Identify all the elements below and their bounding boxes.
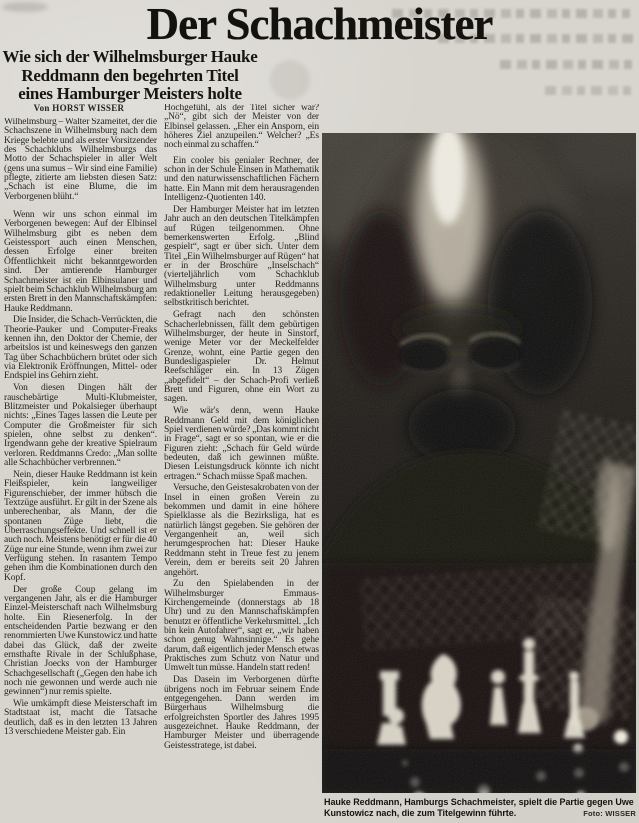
article-paragraph: Das Dasein im Verborgenen dürfte übrigen…	[164, 676, 319, 751]
article-photo	[322, 133, 636, 793]
article-paragraph: Die Insider, die Schach-Verrückten, die …	[4, 316, 157, 381]
bleedthrough-text	[500, 60, 633, 69]
article-column-2: Hochgefühl, als der Titel sicher war? „N…	[164, 104, 319, 821]
photo-credit: Foto: WISSER	[583, 808, 636, 819]
article-subheadline: Wie sich der Wilhelmsburger Hauke Reddma…	[0, 48, 260, 104]
article-byline: Von HORST WISSER	[2, 103, 156, 113]
photo-caption: Hauke Reddmann, Hamburgs Schachmeister, …	[324, 797, 637, 819]
article-paragraph: Zu den Spielabenden in der Wilhelmsburge…	[164, 580, 319, 673]
bleedthrough-text	[545, 86, 633, 95]
article-headline: Der Schachmeister	[0, 1, 639, 48]
article-paragraph: Gefragt nach den schönsten Schacherlebni…	[164, 311, 319, 404]
newspaper-page: Der Schachmeister Wie sich der Wilhelmsb…	[0, 0, 639, 823]
article-paragraph: Nein, dieser Hauke Reddmann ist kein Fle…	[4, 471, 157, 583]
article-paragraph: Wenn wir uns schon einmal im Verborgenen…	[4, 211, 157, 314]
article-paragraph: Hochgefühl, als der Titel sicher war? „N…	[164, 104, 319, 151]
article-paragraph: Versuche, den Geistesakrobaten von der I…	[164, 484, 319, 577]
chess-player-photo-illustration	[322, 133, 636, 793]
article-paragraph: Der Hamburger Meister hat im letzten Jah…	[164, 206, 319, 309]
article-paragraph: Wie umkämpft diese Meisterschaft im Stad…	[4, 700, 157, 737]
subheadline-line: Reddmann den begehrten Titel	[0, 67, 260, 86]
article-paragraph: Wie wär's denn, wenn Hauke Reddmann Geld…	[164, 407, 319, 482]
article-paragraph: Der große Coup gelang im vergangenen Jah…	[4, 586, 157, 698]
subheadline-line: eines Hamburger Meisters holte	[0, 85, 260, 104]
scan-smudge	[270, 60, 310, 100]
article-column-1: Wilhelmsburg – Walter Szameitet, der die…	[4, 118, 157, 820]
article-paragraph: Ein cooler bis genialer Rechner, der sch…	[164, 157, 319, 204]
article-paragraph: Wilhelmsburg – Walter Szameitet, der die…	[4, 118, 157, 202]
subheadline-line: Wie sich der Wilhelmsburger Hauke	[0, 48, 260, 67]
article-paragraph: Von diesen Dingen hält der rauschebärtig…	[4, 384, 157, 468]
